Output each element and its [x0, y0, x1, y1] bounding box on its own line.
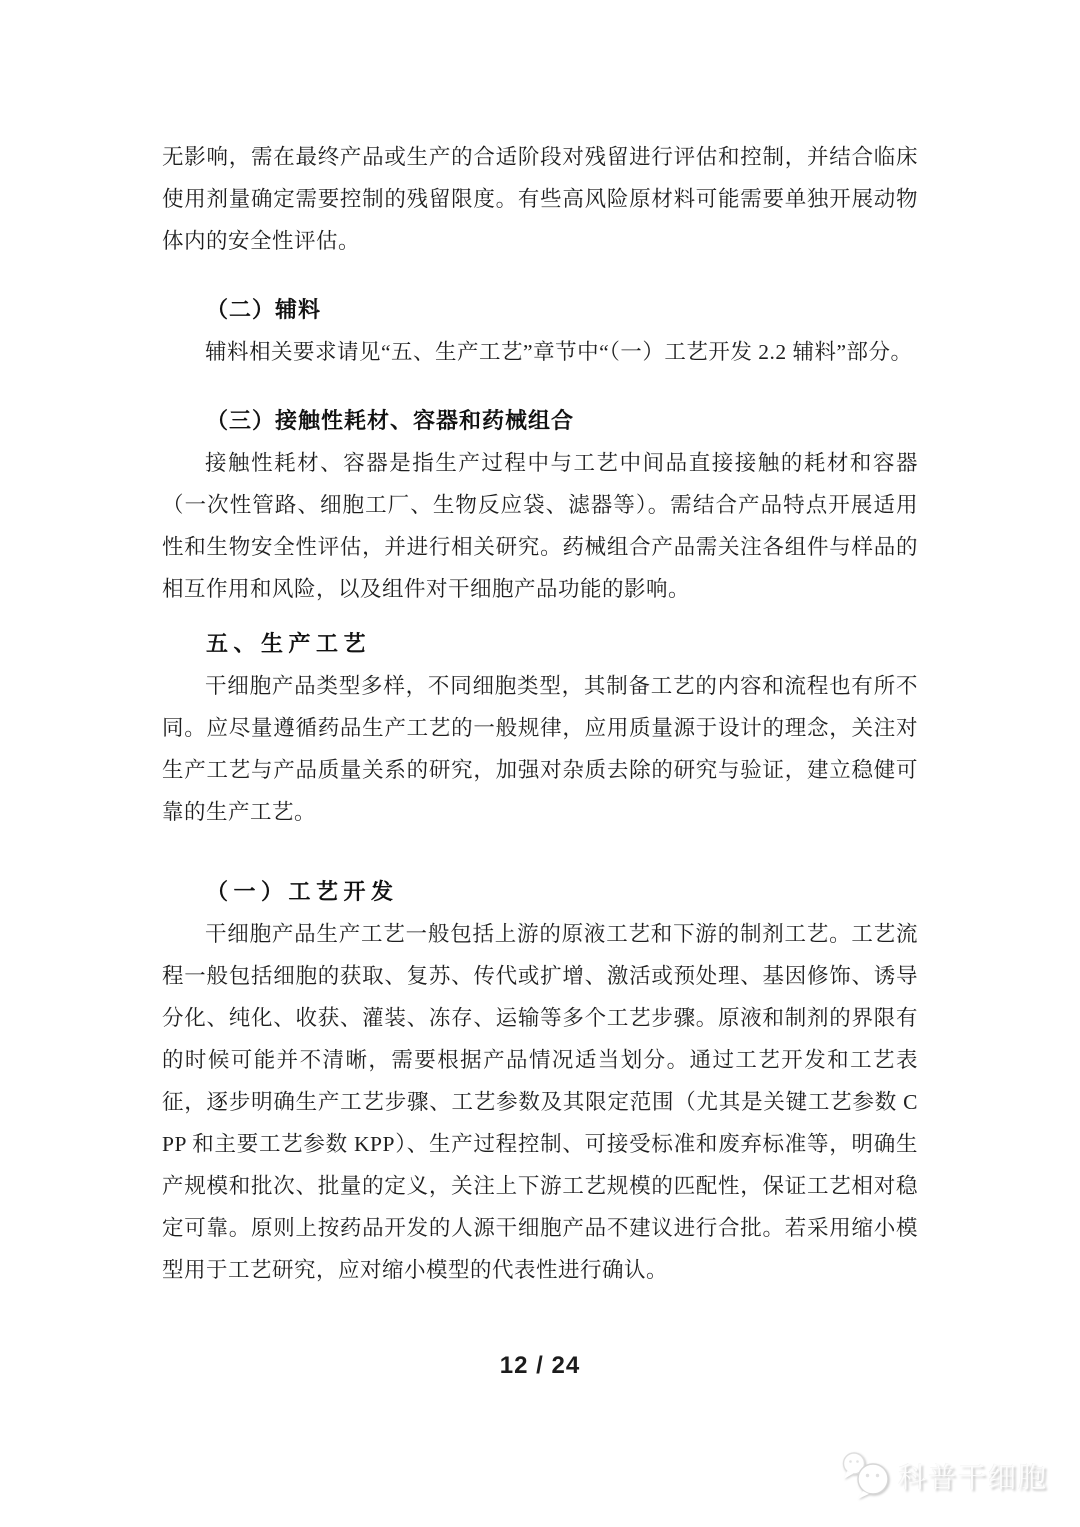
- watermark-label: 科普干细胞: [898, 1456, 1048, 1496]
- watermark: 科普干细胞: [840, 1451, 1048, 1501]
- section-heading-haocai-rongqi: （三）接触性耗材、容器和药械组合: [162, 400, 918, 442]
- document-page: 无影响，需在最终产品或生产的合适阶段对残留进行评估和控制，并结合临床使用剂量确定…: [0, 0, 1080, 1527]
- body-paragraph: 无影响，需在最终产品或生产的合适阶段对残留进行评估和控制，并结合临床使用剂量确定…: [162, 136, 918, 262]
- section-heading-gongyi-kaifa: （一）工艺开发: [162, 871, 918, 913]
- wechat-chat-bubbles-icon: [840, 1451, 892, 1501]
- document-body: 无影响，需在最终产品或生产的合适阶段对残留进行评估和控制，并结合临床使用剂量确定…: [162, 136, 918, 1291]
- body-paragraph: 干细胞产品类型多样，不同细胞类型，其制备工艺的内容和流程也有所不同。应尽量遵循药…: [162, 665, 918, 833]
- section-heading-fuliao: （二）辅料: [162, 289, 918, 331]
- body-paragraph: 辅料相关要求请见“五、生产工艺”章节中“（一）工艺开发 2.2 辅料”部分。: [162, 331, 918, 373]
- chapter-heading-shengchan-gongyi: 五、生产工艺: [162, 623, 918, 665]
- body-paragraph: 接触性耗材、容器是指生产过程中与工艺中间品直接接触的耗材和容器（一次性管路、细胞…: [162, 442, 918, 610]
- body-paragraph: 干细胞产品生产工艺一般包括上游的原液工艺和下游的制剂工艺。工艺流程一般包括细胞的…: [162, 913, 918, 1291]
- page-indicator: 12 / 24: [0, 1352, 1080, 1380]
